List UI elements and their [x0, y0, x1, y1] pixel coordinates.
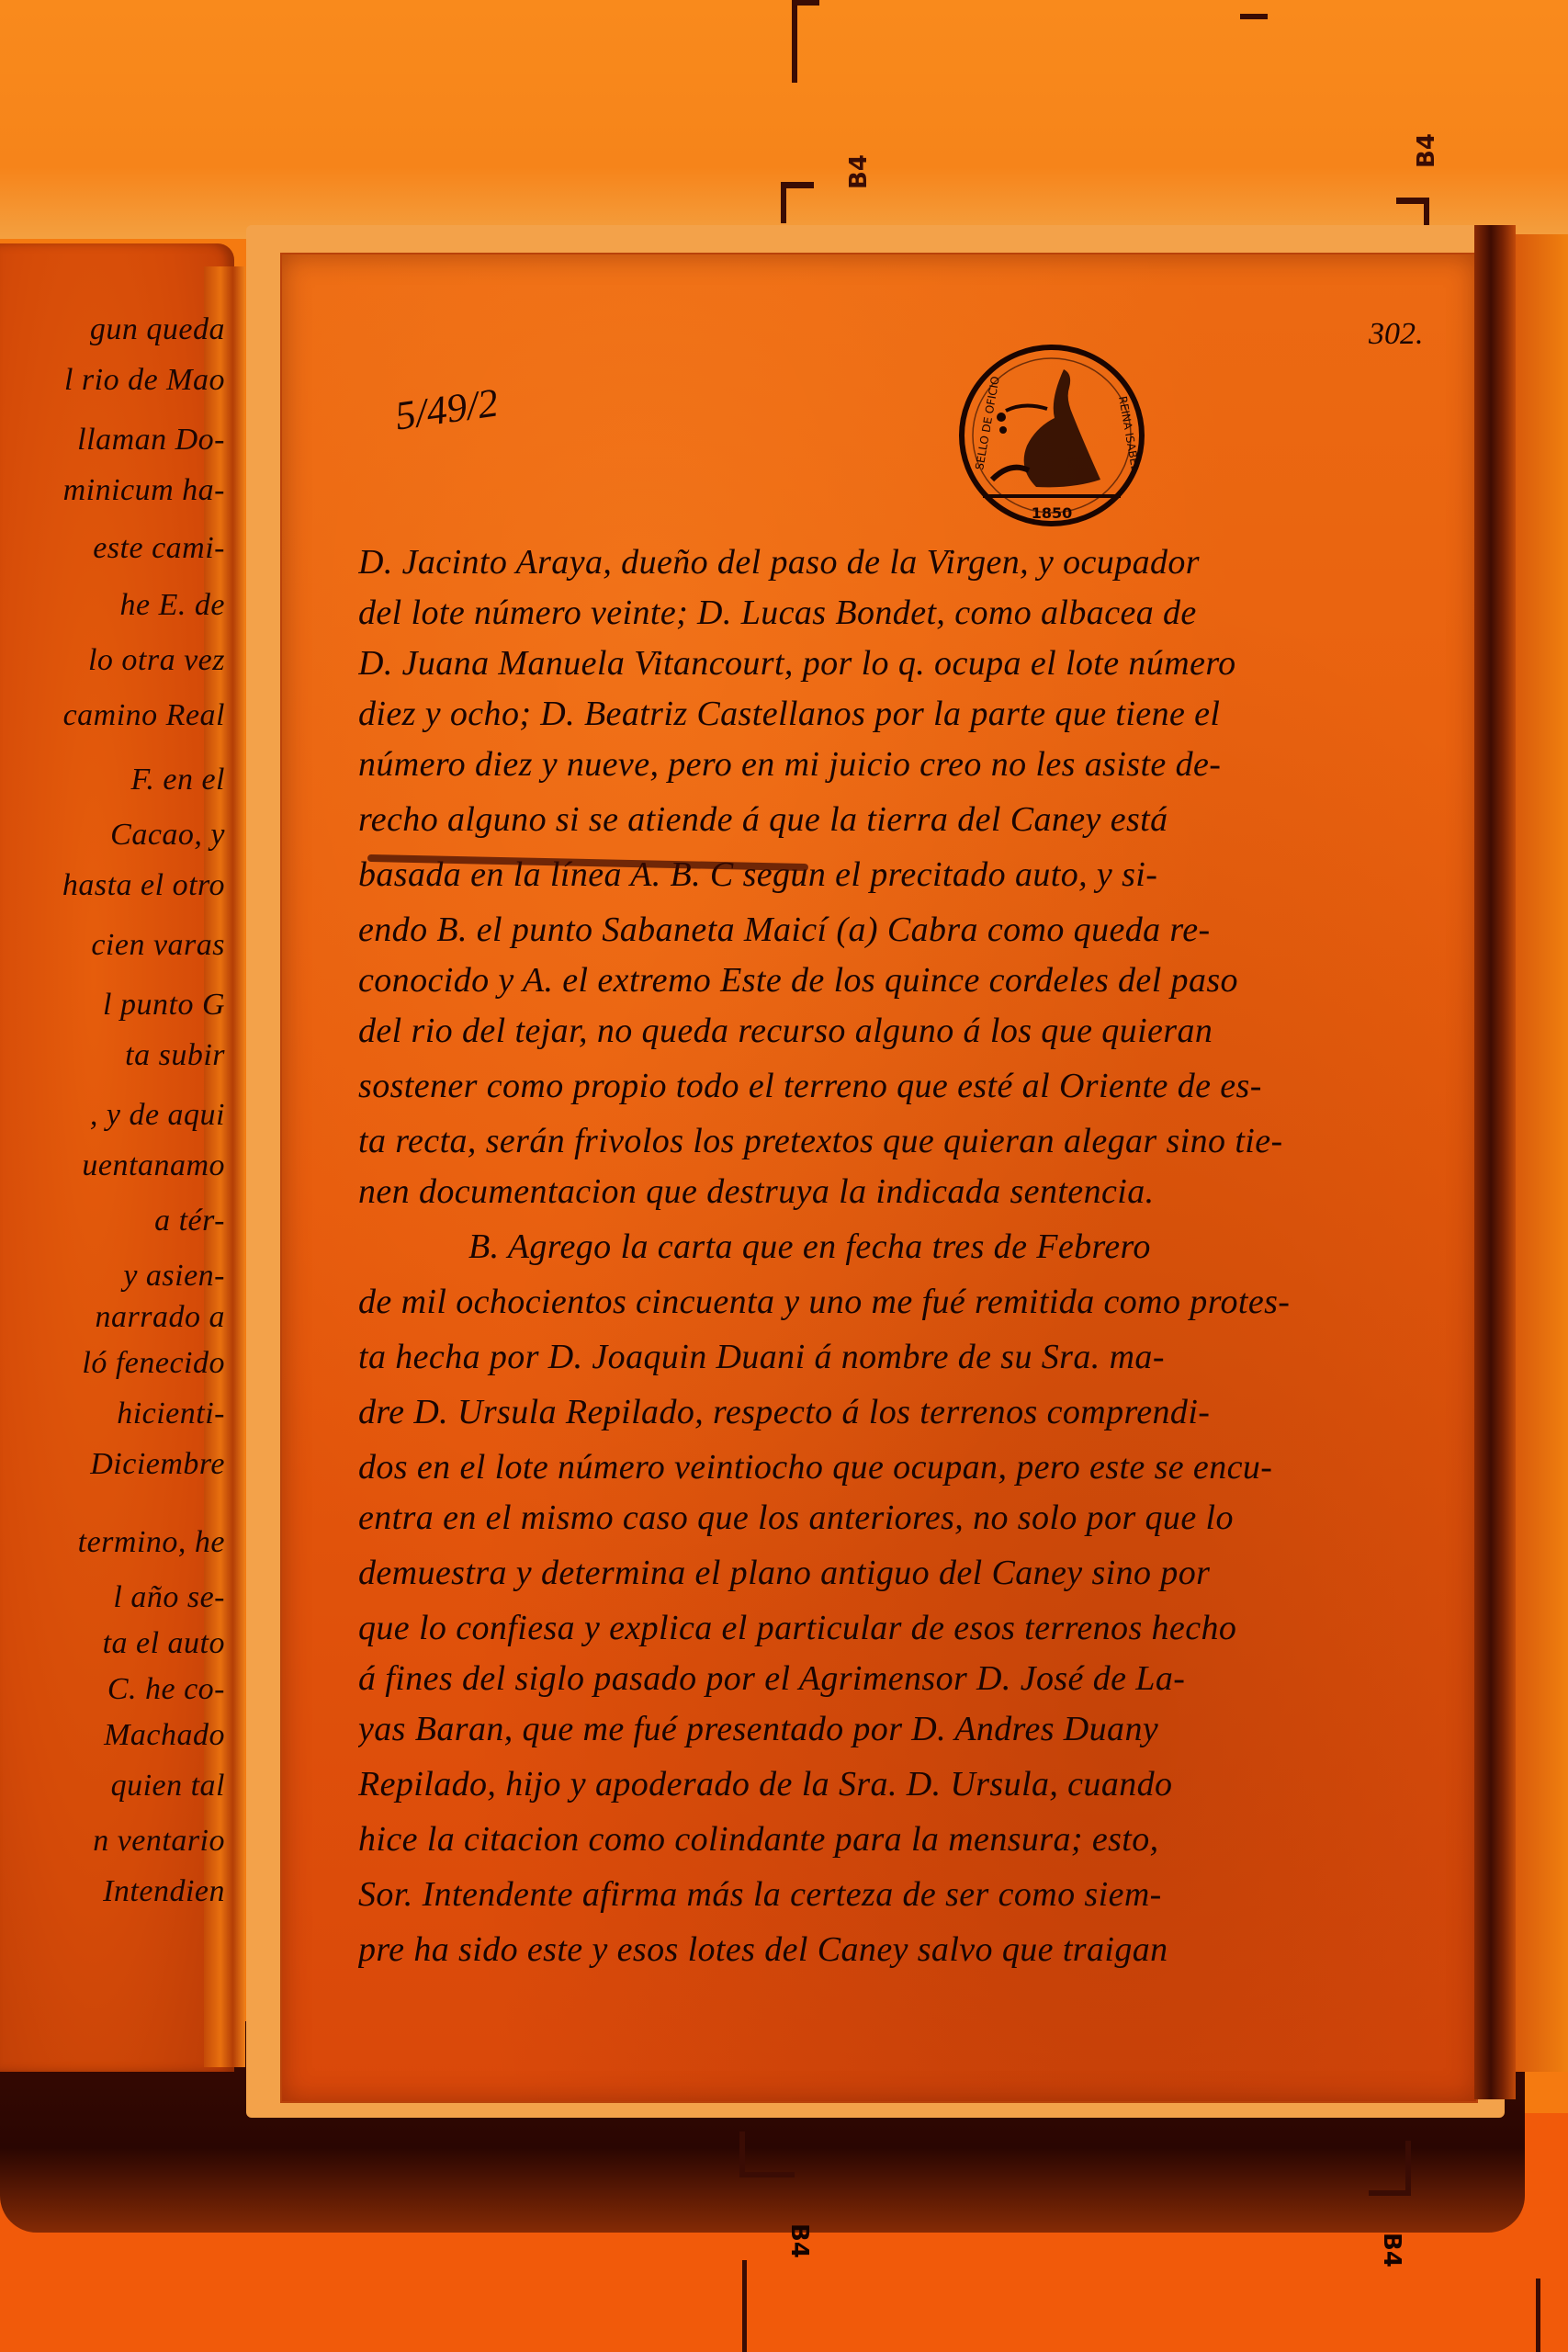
manuscript-line: diez y ocho; D. Beatriz Castellanos por …	[358, 694, 1461, 734]
left-page-line: Cacao, y	[0, 818, 225, 853]
next-page-edge	[1516, 234, 1568, 2072]
left-page-line: este cami-	[0, 531, 225, 566]
manuscript-line: ta recta, serán frivolos los pretextos q…	[358, 1121, 1461, 1161]
manuscript-line: dre D. Ursula Repilado, respecto á los t…	[358, 1392, 1461, 1432]
manuscript-line: sostener como propio todo el terreno que…	[358, 1066, 1461, 1106]
left-page-line: a tér-	[0, 1204, 225, 1238]
left-page-line: cien varas	[0, 928, 225, 963]
frame-corner-mark	[1240, 14, 1268, 19]
manuscript-line: B. Agrego la carta que en fecha tres de …	[468, 1227, 1568, 1267]
left-page-line: l rio de Mao	[0, 363, 225, 398]
frame-corner-mark	[781, 182, 814, 188]
left-page-line: gun queda	[0, 312, 225, 347]
manuscript-line: endo B. el punto Sabaneta Maicí (a) Cabr…	[358, 910, 1461, 950]
left-page-line: llaman Do-	[0, 423, 225, 458]
frame-corner-mark	[1405, 2141, 1411, 2196]
book-spine	[1474, 225, 1516, 2099]
manuscript-line: que lo confiesa y explica el particular …	[358, 1608, 1461, 1648]
left-page-line: l año se-	[0, 1580, 225, 1615]
frame-marker-label: B4	[785, 2223, 813, 2258]
left-page-line: camino Real	[0, 698, 225, 733]
left-page-line: ta el auto	[0, 1626, 225, 1661]
left-page-line: he E. de	[0, 588, 225, 623]
frame-marker-label: B4	[1378, 2233, 1405, 2267]
frame-corner-mark	[742, 2260, 747, 2352]
left-page-line: hasta el otro	[0, 868, 225, 903]
left-page-line: y asien-	[0, 1259, 225, 1294]
manuscript-line: número diez y nueve, pero en mi juicio c…	[358, 744, 1461, 785]
left-page-line: ta subir	[0, 1038, 225, 1073]
left-page-line: l punto G	[0, 988, 225, 1023]
frame-corner-mark	[1369, 2190, 1411, 2196]
left-page-line: termino, he	[0, 1525, 225, 1560]
left-page-line: C. he co-	[0, 1672, 225, 1707]
manuscript-line: yas Baran, que me fué presentado por D. …	[358, 1709, 1461, 1749]
frame-corner-mark	[792, 0, 819, 6]
left-page-line: Machado	[0, 1718, 225, 1753]
manuscript-line: pre ha sido este y esos lotes del Caney …	[358, 1929, 1461, 1970]
frame-marker-label: B4	[1413, 133, 1440, 168]
manuscript-line: hice la citacion como colindante para la…	[358, 1819, 1461, 1860]
left-page-line: minicum ha-	[0, 473, 225, 508]
manuscript-line: de mil ochocientos cincuenta y uno me fu…	[358, 1282, 1461, 1322]
left-page-line: Diciembre	[0, 1447, 225, 1482]
left-page-line: F. en el	[0, 763, 225, 797]
manuscript-line: demuestra y determina el plano antiguo d…	[358, 1553, 1461, 1593]
left-page-line: Intendien	[0, 1874, 225, 1909]
left-page-line: uentanamo	[0, 1148, 225, 1183]
manuscript-line: del lote número veinte; D. Lucas Bondet,…	[358, 593, 1461, 633]
frame-corner-mark	[792, 0, 797, 83]
manuscript-line: recho alguno si se atiende á que la tier…	[358, 799, 1461, 840]
manuscript-line: del rio del tejar, no queda recurso algu…	[358, 1011, 1461, 1051]
left-page-line: n ventario	[0, 1824, 225, 1859]
manuscript-line: á fines del siglo pasado por el Agrimens…	[358, 1658, 1461, 1699]
left-page-line: ló fenecido	[0, 1346, 225, 1381]
left-page-line: narrado a	[0, 1300, 225, 1335]
manuscript-line: ta hecha por D. Joaquin Duani á nombre d…	[358, 1337, 1461, 1377]
frame-marker-label: B4	[845, 154, 873, 189]
left-page-line: , y de aqui	[0, 1098, 225, 1133]
frame-corner-mark	[739, 2131, 745, 2177]
frame-corner-mark	[739, 2172, 795, 2177]
left-page-line: quien tal	[0, 1769, 225, 1804]
frame-corner-mark	[1536, 2278, 1540, 2352]
manuscript-line: conocido y A. el extremo Este de los qui…	[358, 960, 1461, 1001]
manuscript-line: Repilado, hijo y apoderado de la Sra. D.…	[358, 1764, 1461, 1804]
folio-number: 302.	[1369, 317, 1424, 352]
manuscript-line: nen documentacion que destruya la indica…	[358, 1171, 1461, 1212]
frame-corner-mark	[1424, 198, 1429, 225]
manuscript-line: D. Jacinto Araya, dueño del paso de la V…	[358, 542, 1461, 582]
manuscript-line: Sor. Intendente afirma más la certeza de…	[358, 1874, 1461, 1915]
left-page-line: hicienti-	[0, 1396, 225, 1431]
manuscript-line: D. Juana Manuela Vitancourt, por lo q. o…	[358, 643, 1461, 684]
seal-stamp-icon: 1850 SELLO DE OFICIO REINA ISABEL	[955, 342, 1148, 530]
manuscript-line: dos en el lote número veintiocho que ocu…	[358, 1447, 1461, 1487]
manuscript-line: entra en el mismo caso que los anteriore…	[358, 1498, 1461, 1538]
stamp-year: 1850	[1032, 504, 1073, 522]
left-page-line: lo otra vez	[0, 643, 225, 678]
